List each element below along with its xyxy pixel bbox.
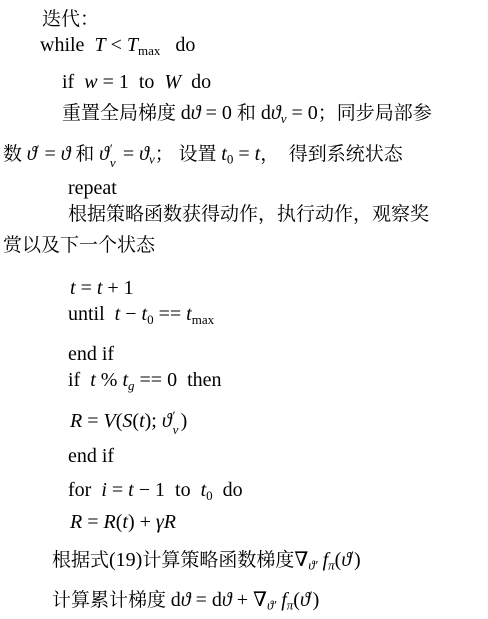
text-segment: T: [94, 34, 105, 56]
text-segment: ； 设置: [155, 144, 222, 165]
text-segment: 根据式: [52, 550, 109, 571]
text-segment: ∇: [294, 549, 308, 571]
text-segment: − 1 to: [134, 479, 201, 501]
text-segment: while: [40, 34, 94, 56]
text-segment: for: [68, 479, 101, 501]
text-segment: γR: [156, 511, 176, 533]
text-segment: =: [118, 143, 139, 165]
text-segment: + ∇: [232, 589, 267, 611]
text-segment: ) +: [128, 511, 156, 533]
text-segment: = 0: [287, 102, 318, 124]
line-12-if-mod: if t % tg == 0 then: [0, 367, 488, 393]
text-segment: R: [104, 511, 116, 533]
text-segment: ϑ′: [267, 598, 276, 613]
text-segment: == 0 then: [135, 369, 222, 391]
text-segment: R: [70, 511, 82, 533]
line-10-until: until t − t0 == tmax: [0, 301, 488, 327]
text-segment: ϑ: [191, 102, 201, 124]
text-segment: ϑ: [162, 410, 172, 432]
text-segment: d: [256, 102, 271, 124]
text-segment: until: [68, 303, 115, 325]
text-segment: =: [76, 277, 97, 299]
text-segment: ϑ′: [308, 558, 317, 573]
text-segment: repeat: [68, 177, 117, 199]
line-08-take-action-cont: 赏以及下一个状态: [0, 232, 488, 258]
text-segment: = 1 to: [98, 71, 165, 93]
text-segment: W: [164, 71, 181, 93]
text-segment: =: [191, 589, 212, 611]
line-18-accumulate-gradient: 计算累计梯度 dϑ = dϑ + ∇ϑ′ fπ(ϑ′): [0, 583, 488, 609]
text-segment: end if: [68, 343, 114, 365]
text-segment: );: [145, 410, 162, 432]
text-segment: ；同步局部参: [318, 103, 432, 124]
line-07-take-action: 根据策略函数获得动作，执行动作，观察奖: [0, 201, 488, 227]
text-segment: ϑ: [271, 102, 281, 124]
text-segment: ϑ: [139, 143, 149, 165]
text-segment: ϑ: [222, 589, 232, 611]
text-segment: 计算累计梯度: [52, 590, 171, 611]
text-segment: =: [233, 143, 254, 165]
text-segment: ϑ: [27, 143, 37, 165]
algorithm-block: 迭代：while T < Tmax doif w = 1 to W do重置全局…: [0, 6, 488, 609]
text-segment: <: [106, 34, 127, 56]
line-15-for-backward: for i = t − 1 to t0 do: [0, 477, 488, 503]
line-11-end-if: end if: [0, 341, 488, 367]
text-segment: ==: [154, 303, 187, 325]
text-segment: do: [160, 34, 195, 56]
line-04-reset-gradients: 重置全局梯度 dϑ = 0 和 dϑv = 0；同步局部参: [0, 100, 488, 126]
text-segment: S: [122, 410, 132, 432]
stacked-prime-subscript: ′v: [172, 409, 181, 429]
line-16-reward-update: R = R(t) + γR: [0, 509, 488, 535]
line-17-policy-gradient: 根据式(19)计算策略函数梯度∇ϑ′ fπ(ϑ′): [0, 543, 488, 569]
subscript-mark: v: [173, 417, 179, 443]
text-segment: =: [82, 410, 103, 432]
text-segment: d: [212, 589, 222, 611]
text-segment: ϑ: [341, 549, 351, 571]
text-segment: 重置全局梯度: [62, 103, 181, 124]
text-segment: max: [192, 312, 214, 327]
text-segment: 赏以及下一个状态: [3, 235, 155, 256]
text-segment: = 0: [201, 102, 237, 124]
line-09-increment-t: t = t + 1: [0, 275, 488, 301]
text-segment: ϑ: [300, 589, 310, 611]
line-05-sync-params: 数 ϑ′ = ϑ 和 ϑ′v = ϑv； 设置 t0 = t， 得到系统状态: [0, 137, 488, 163]
text-segment: ): [313, 589, 320, 611]
line-06-repeat: repeat: [0, 175, 488, 201]
text-segment: T: [127, 34, 138, 56]
text-segment: ϑ: [99, 143, 109, 165]
text-segment: 迭代：: [42, 9, 99, 30]
line-13-value-estimate: R = V(S(t); ϑ′v): [0, 408, 488, 434]
subscript-mark: v: [110, 150, 116, 176]
text-segment: 根据策略函数获得动作，执行动作，观察奖: [68, 204, 429, 225]
text-segment: do: [213, 479, 243, 501]
text-segment: −: [120, 303, 141, 325]
text-segment: d: [171, 589, 181, 611]
text-segment: 数: [3, 144, 27, 165]
text-segment: 计算策略函数梯度: [142, 550, 294, 571]
text-segment: f: [276, 589, 287, 611]
text-segment: ϑ: [61, 143, 71, 165]
text-segment: =: [39, 143, 60, 165]
text-segment: + 1: [102, 277, 133, 299]
line-03-if-worker-loop: if w = 1 to W do: [0, 69, 488, 95]
text-segment: end if: [68, 445, 114, 467]
text-segment: =: [107, 479, 128, 501]
text-segment: 和: [71, 144, 100, 165]
text-segment: V: [104, 410, 116, 432]
text-segment: (: [293, 589, 300, 611]
text-segment: max: [138, 43, 160, 58]
text-segment: do: [181, 71, 211, 93]
text-segment: %: [96, 369, 123, 391]
text-segment: R: [70, 410, 82, 432]
line-02-while: while T < Tmax do: [0, 32, 488, 58]
text-segment: ϑ: [181, 589, 191, 611]
text-segment: ， 得到系统状态: [260, 144, 403, 165]
line-01-iteration-label: 迭代：: [0, 6, 488, 32]
text-segment: f: [318, 549, 329, 571]
text-segment: if: [62, 71, 84, 93]
document-page: 迭代：while T < Tmax doif w = 1 to W do重置全局…: [0, 0, 488, 619]
text-segment: (19): [109, 549, 142, 571]
text-segment: ): [354, 549, 361, 571]
text-segment: 和: [237, 103, 256, 124]
text-segment: if: [68, 369, 90, 391]
stacked-prime-subscript: ′v: [109, 142, 118, 162]
line-14-end-if-2: end if: [0, 443, 488, 469]
text-segment: d: [181, 102, 191, 124]
text-segment: =: [82, 511, 103, 533]
text-segment: w: [84, 71, 97, 93]
text-segment: ): [181, 410, 188, 432]
